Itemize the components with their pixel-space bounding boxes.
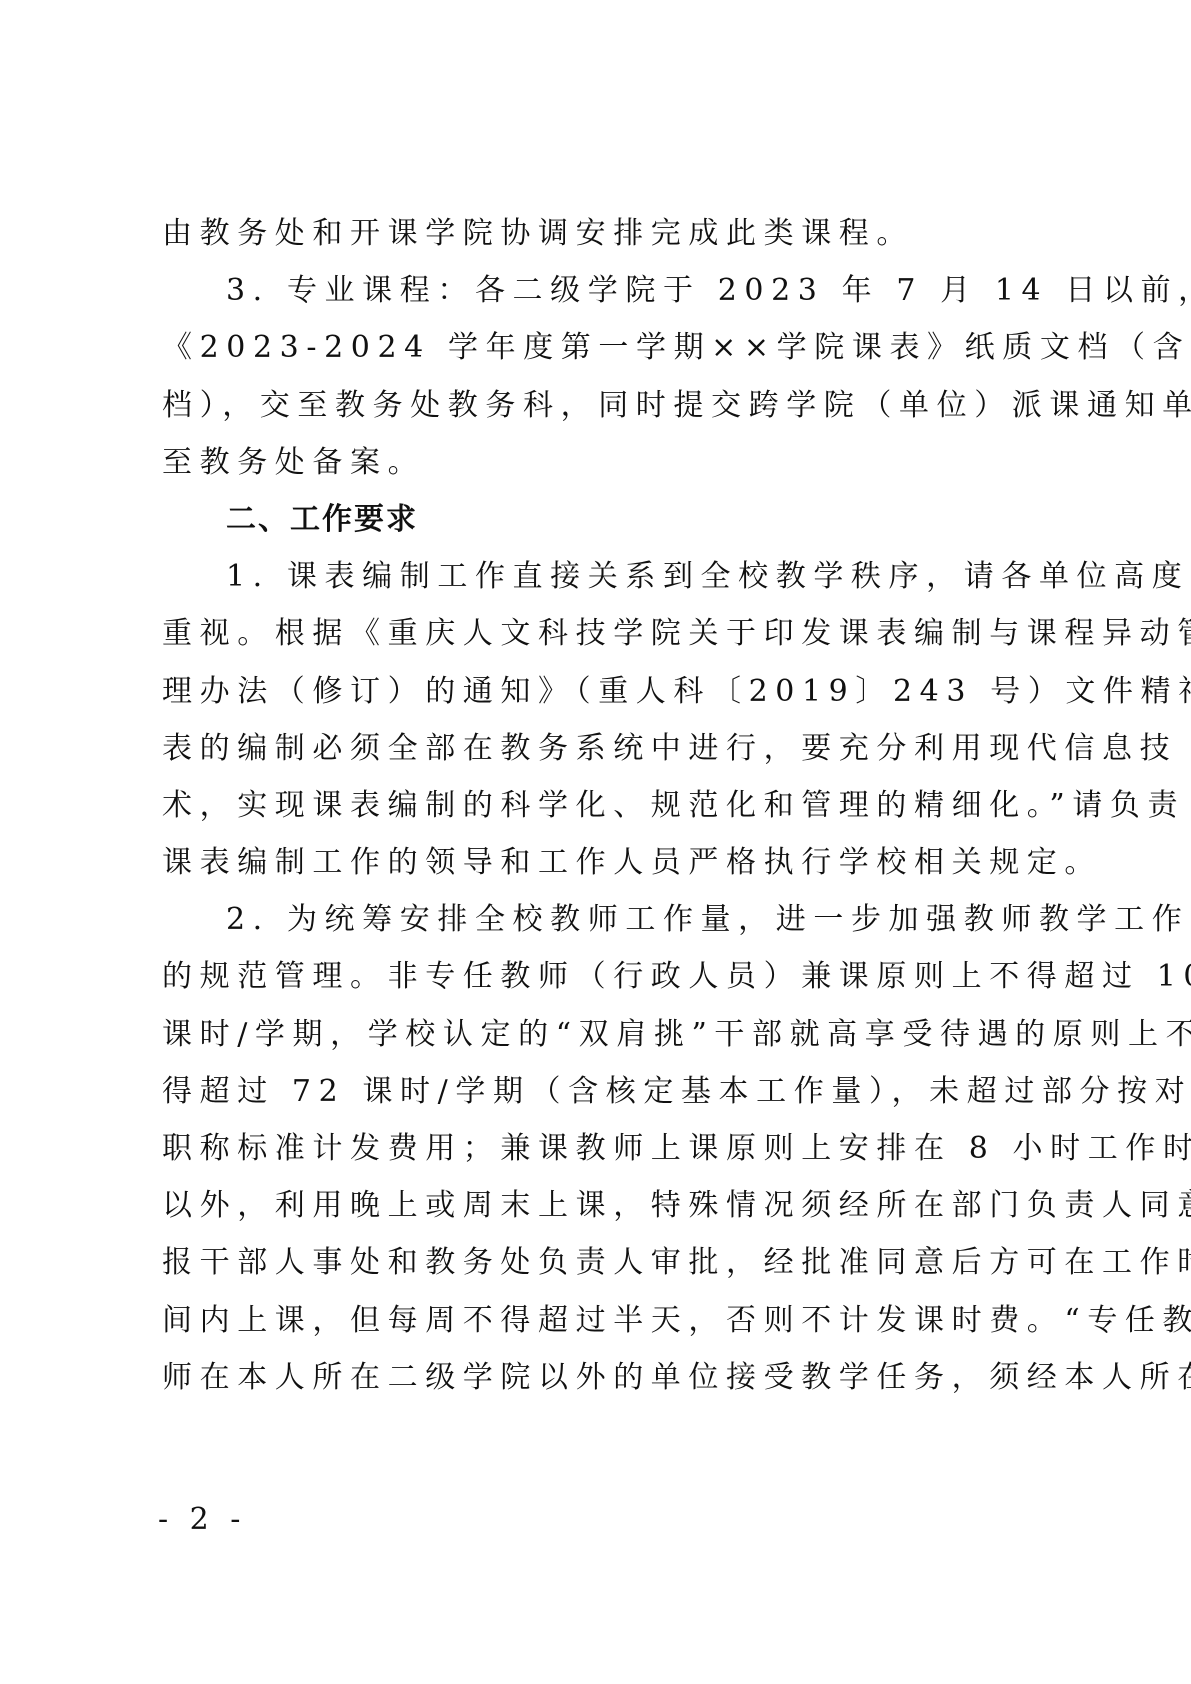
paragraph-line: 至教务处备案。 <box>162 434 1042 491</box>
paragraph-line: 1. 课表编制工作直接关系到全校教学秩序，请各单位高度 <box>162 548 1042 605</box>
paragraph-line: 表的编制必须全部在教务系统中进行，要充分利用现代信息技 <box>162 720 1042 777</box>
document-page: 由教务处和开课学院协调安排完成此类课程。 3. 专业课程：各二级学院于 2023… <box>0 0 1191 1684</box>
paragraph-line: 档），交至教务处教务科，同时提交跨学院（单位）派课通知单 <box>162 377 1042 434</box>
paragraph-line: 术，实现课表编制的科学化、规范化和管理的精细化。”请负责 <box>162 777 1042 834</box>
paragraph-line: 课表编制工作的领导和工作人员严格执行学校相关规定。 <box>162 834 1042 891</box>
paragraph-line: 间内上课，但每周不得超过半天，否则不计发课时费。“专任教 <box>162 1292 1042 1349</box>
paragraph-line: 由教务处和开课学院协调安排完成此类课程。 <box>162 205 1042 262</box>
paragraph-line: 师在本人所在二级学院以外的单位接受教学任务，须经本人所在 <box>162 1349 1042 1406</box>
paragraph-line: 得超过 72 课时/学期（含核定基本工作量），未超过部分按对应 <box>162 1063 1042 1120</box>
paragraph-line: 《2023-2024 学年度第一学期××学院课表》纸质文档（含电子文 <box>162 319 1042 376</box>
paragraph-line: 重视。根据《重庆人文科技学院关于印发课表编制与课程异动管 <box>162 605 1042 662</box>
paragraph-line: 报干部人事处和教务处负责人审批，经批准同意后方可在工作时 <box>162 1234 1042 1291</box>
paragraph-line: 课时/学期，学校认定的“双肩挑”干部就高享受待遇的原则上不 <box>162 1006 1042 1063</box>
paragraph-line: 以外，利用晚上或周末上课，特殊情况须经所在部门负责人同意， <box>162 1177 1042 1234</box>
page-number: - 2 - <box>158 1502 246 1537</box>
paragraph-line: 2. 为统筹安排全校教师工作量，进一步加强教师教学工作 <box>162 891 1042 948</box>
paragraph-line: 理办法（修订）的通知》（重人科〔2019〕243 号）文件精神，“课 <box>162 663 1042 720</box>
section-heading: 二、工作要求 <box>162 491 1042 548</box>
paragraph-line: 职称标准计发费用；兼课教师上课原则上安排在 8 小时工作时间 <box>162 1120 1042 1177</box>
document-body: 由教务处和开课学院协调安排完成此类课程。 3. 专业课程：各二级学院于 2023… <box>162 205 1042 1406</box>
paragraph-line: 的规范管理。非专任教师（行政人员）兼课原则上不得超过 108 <box>162 948 1042 1005</box>
paragraph-line: 3. 专业课程：各二级学院于 2023 年 7 月 14 日以前，将 <box>162 262 1042 319</box>
